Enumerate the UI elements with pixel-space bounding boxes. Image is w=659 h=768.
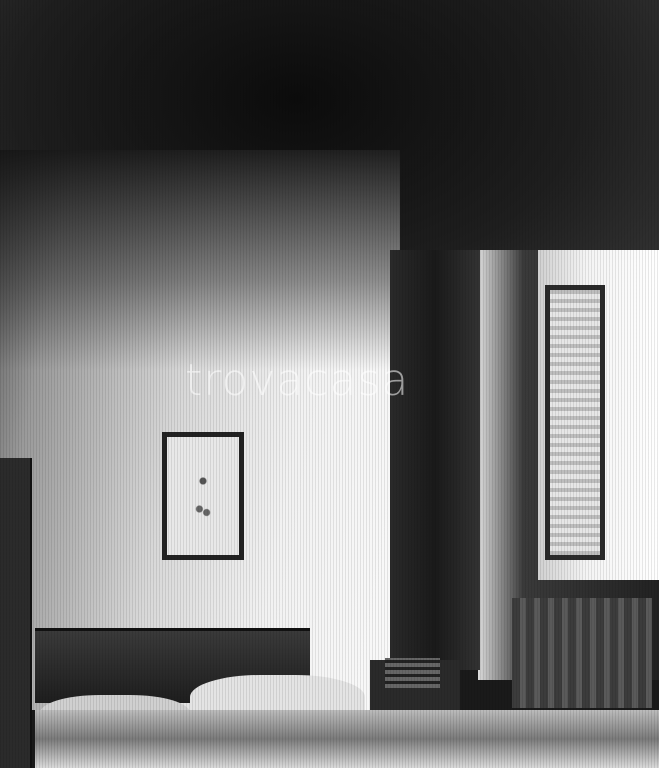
watermark: trovacasa [185, 355, 409, 406]
room-photo: trovacasa [0, 0, 659, 768]
